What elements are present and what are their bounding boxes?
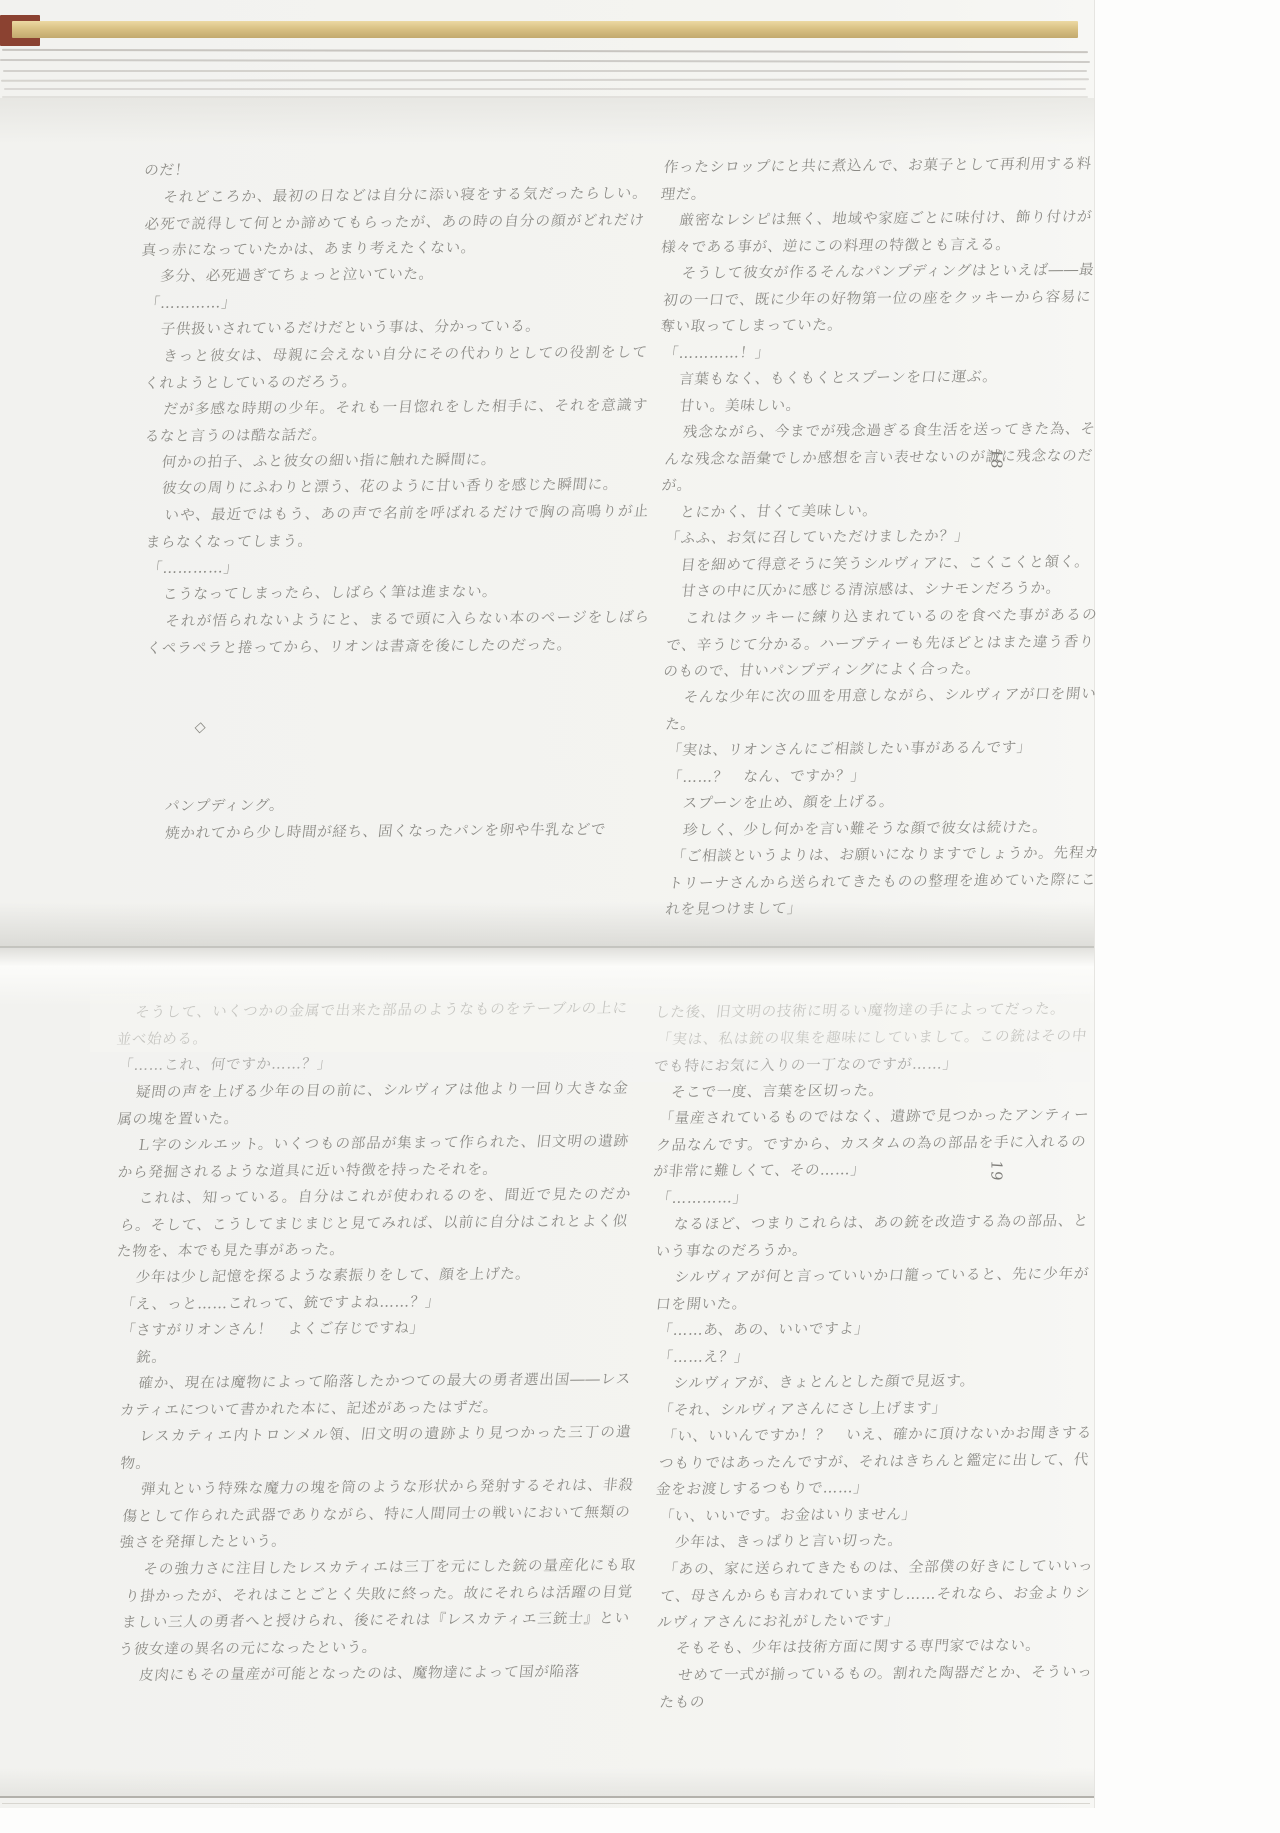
paragraph-line: 「実は、リオンさんにご相談したい事があるんです」	[666, 734, 1097, 764]
paragraph-line: これは、知っている。自分はこれが使われるのを、間近で見たのだから。そして、こうし…	[115, 1181, 632, 1265]
paragraph-line: シルヴィアが、きょとんとした顔で見返す。	[657, 1367, 1090, 1397]
paragraph-line: 作ったシロップにと共に煮込んで、お菓子として再利用する料理だ。	[659, 151, 1093, 208]
page18-right-text-column: 作ったシロップにと共に煮込んで、お菓子として再利用する料理だ。 厳密なレシピは無…	[662, 151, 1097, 923]
paragraph-line: それが悟られないようにと、まるで頭に入らない本のページをしばらくペラペラと捲って…	[145, 604, 651, 661]
page-fold-line	[0, 946, 1094, 948]
paragraph-line: 少年は、きっぱりと言い切った。	[658, 1526, 1091, 1556]
paragraph-line: そもそも、少年は技術方面に関する専門家ではない。	[659, 1632, 1092, 1662]
paragraph-line: 残念ながら、今までが残念過ぎる食生活を送ってきた為、そんな残念な語彙でしか感想を…	[660, 416, 1097, 499]
paragraph-line: 「…………」	[655, 1182, 1088, 1212]
page19-left-text-column: そうして、いくつかの金属で出来た部品のようなものをテーブルの上に並べ始める。「……	[118, 996, 632, 1689]
stacked-page-edge	[3, 70, 1087, 72]
paragraph-line: 目を細めて得意そうに笑うシルヴィアに、こくこくと頷く。	[664, 549, 1095, 579]
paragraph-line: 珍しく、少し何かを言い難そうな顔で彼女は続けた。	[666, 814, 1097, 844]
paragraph-line: 「あの、家に送られてきたものは、全部僕の好きにしていいって、母さんからも言われて…	[656, 1553, 1095, 1636]
bottom-page-edge	[0, 1796, 1094, 1798]
paragraph-line: のだ！	[143, 154, 646, 185]
paragraph-line: 「…………！」	[662, 337, 1093, 367]
paragraph-line: 多分、必死過ぎてちょっと泣いていた。	[144, 260, 647, 291]
fold-blur-veil	[90, 994, 1090, 1052]
paragraph-line: 「……え？」	[657, 1341, 1090, 1371]
book-scan: のだ！ それどころか、最初の日などは自分に添い寝をする気だったらしい。必死で説得…	[0, 0, 1280, 1833]
paragraph-line: 「さすがリオンさん！ よくご存じですね」	[119, 1314, 630, 1345]
paragraph-line: こうなってしまったら、しばらく筆は進まない。	[146, 578, 649, 609]
paragraph-line: 焼かれてから少し時間が経ち、固くなったパンを卵や牛乳などで	[148, 816, 651, 847]
paragraph-line: 彼女の周りにふわりと漂う、花のように甘い香りを感じた瞬間に。	[145, 472, 648, 503]
book-cover-strip	[12, 21, 1078, 38]
paragraph-line: そんな少年に次の皿を用意しながら、シルヴィアが口を開いた。	[664, 681, 1098, 738]
blank-line	[148, 737, 651, 768]
paragraph-line: そうして彼女が作るそんなパンプディングはといえば――最初の一口で、既に少年の好物…	[659, 257, 1096, 340]
paragraph-line: パンプディング。	[148, 790, 651, 821]
paragraph-line: それどころか、最初の日などは自分に添い寝をする気だったらしい。必死で説得して何と…	[140, 180, 649, 264]
paragraph-line: これはクッキーに練り込まれているのを食べた事があるので、辛うじて分かる。ハーブテ…	[662, 602, 1099, 685]
paragraph-line: 甘い。美味しい。	[663, 390, 1094, 420]
paragraph-line: 「い、いいんですか！？ いえ、確かに頂けないかお聞きするつもりではあったんですが…	[655, 1420, 1094, 1503]
paragraph-line: きっと彼女は、母親に会えない自分にその代わりとしての役割をしてくれようとしている…	[143, 339, 649, 396]
page-number-19: 19	[988, 1160, 1006, 1182]
paragraph-line: とにかく、甘くて美味しい。	[664, 496, 1095, 526]
blank-line	[147, 684, 650, 715]
paragraph-line: 厳密なレシピは無く、地域や家庭ごとに味付け、飾り付けが様々である事が、逆にこの料…	[660, 204, 1094, 261]
paragraph-line: 皮肉にもその量産が可能となったのは、魔物達によって国が陥落	[122, 1658, 633, 1689]
page19-right-text-column: した後、旧文明の技術に明るい魔物達の手によってだった。「実は、私は銃の収集を趣味…	[655, 996, 1091, 1715]
bottom-shadow	[0, 1768, 1094, 1796]
paragraph-line: レスカティエ内トロンメル領、旧文明の遺跡より見つかった三丁の遺物。	[119, 1420, 633, 1477]
paragraph-line: 確か、現在は魔物によって陥落したかつての最大の勇者選出国――レスカティエについて…	[118, 1367, 632, 1424]
paragraph-line: 少年は少し記憶を探るような素振りをして、顔を上げた。	[119, 1261, 630, 1292]
paragraph-line: 「量産されているものではなく、遺跡で見つかったアンティーク品なんです。ですから、…	[652, 1102, 1091, 1185]
paragraph-line: 言葉もなく、もくもくとスプーンを口に運ぶ。	[662, 363, 1093, 393]
paragraph-line: 「い、いいです。お金はいりません」	[658, 1500, 1091, 1530]
paragraph-line: 疑問の声を上げる少年の目の前に、シルヴィアは他より一回り大きな金属の塊を置いた。	[116, 1075, 630, 1132]
page18-left-text-column: のだ！ それどころか、最初の日などは自分に添い寝をする気だったらしい。必死で説得…	[144, 154, 650, 847]
page-fold-shadow	[0, 902, 1094, 1006]
paragraph-line: その強力さに注目したレスカティエは三丁を元にした銃の量産化にも取り掛かったが、そ…	[117, 1552, 637, 1663]
paragraph-line: 「……？ なん、ですか？」	[666, 761, 1097, 791]
paragraph-line: 「それ、シルヴィアさんにさし上げます」	[657, 1394, 1090, 1424]
paragraph-line: Ｌ字のシルエット。いくつもの部品が集まって作られた、旧文明の遺跡から発掘されるよ…	[116, 1128, 630, 1185]
paragraph-line: だが多感な時期の少年。それも一目惚れをした相手に、それを意識するなと言うのは酷な…	[143, 392, 649, 449]
paragraph-line: いや、最近ではもう、あの声で名前を呼ばれるだけで胸の高鳴りが止まらなくなってしま…	[144, 498, 650, 555]
paragraph-line: 子供扱いされているだけだという事は、分かっている。	[144, 313, 647, 344]
paragraph-line: なるほど、つまりこれらは、あの銃を改造する為の部品、という事なのだろうか。	[654, 1208, 1090, 1265]
stacked-page-edge	[4, 88, 1086, 90]
top-shadow	[0, 98, 1094, 144]
fold-blur-veil	[90, 1052, 1090, 1082]
paragraph-line: 「ふふ、お気に召していただけましたか？」	[664, 522, 1095, 552]
bottom-page-edge	[2, 1803, 1090, 1804]
page-number-18: 18	[988, 448, 1006, 470]
paragraph-line: 「……あ、あの、いいですよ」	[656, 1314, 1089, 1344]
paragraph-line: せめて一式が揃っているもの。割れた陶器だとか、そういったもの	[658, 1659, 1094, 1716]
paragraph-line: 甘さの中に仄かに感じる清涼感は、シナモンだろうか。	[664, 575, 1095, 605]
paragraph-line: 弾丸という特殊な魔力の塊を筒のような形状から発射するそれは、非殺傷として作られた…	[118, 1473, 635, 1557]
paragraph-line: シルヴィアが何と言っていいか口籠っていると、先に少年が口を開いた。	[655, 1261, 1091, 1318]
paragraph-line: スプーンを止め、顔を上げる。	[666, 787, 1097, 817]
